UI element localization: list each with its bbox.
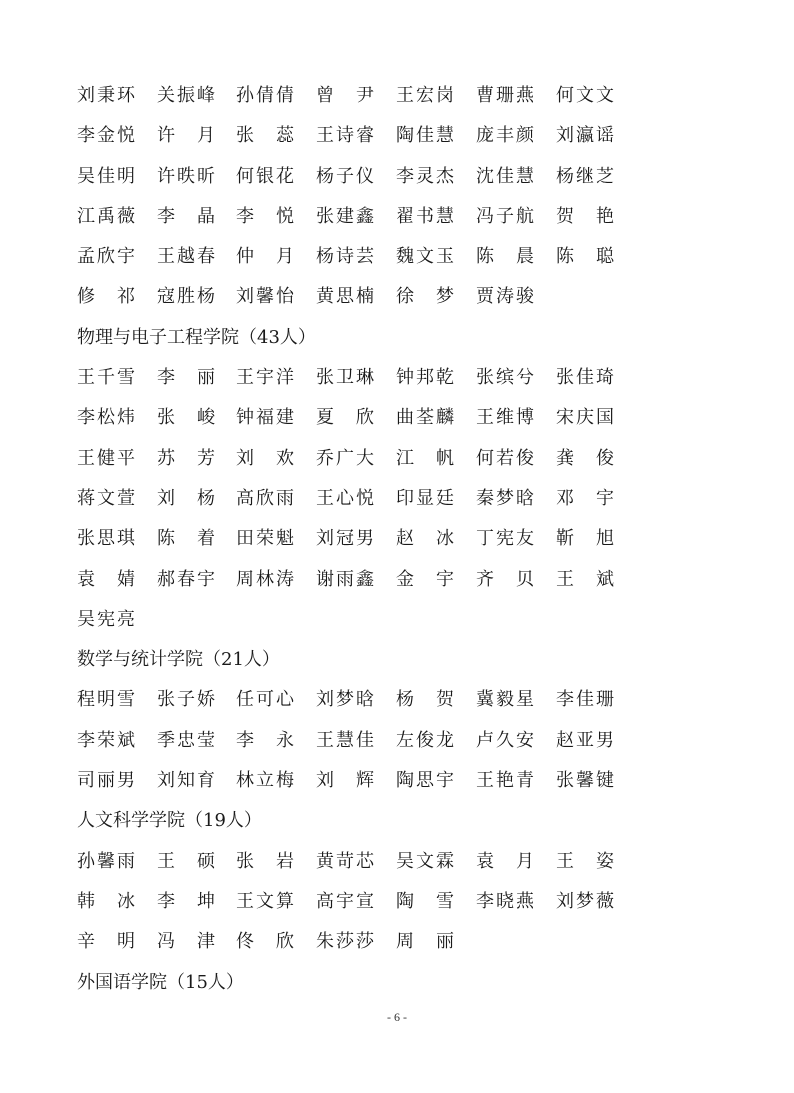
person-name: 刘杨 bbox=[157, 479, 215, 519]
name-row: 辛明冯津佟欣朱莎莎周丽 bbox=[77, 922, 637, 962]
person-name: 印显廷 bbox=[396, 479, 454, 519]
section-heading: 物理与电子工程学院（43人） bbox=[77, 318, 637, 358]
person-name: 任可心 bbox=[236, 680, 294, 720]
person-name: 修祁 bbox=[77, 277, 135, 317]
person-name: 贺艳 bbox=[556, 197, 614, 237]
name-row: 王健平苏芳刘欢乔广大江帆何若俊龚俊 bbox=[77, 439, 637, 479]
person-name: 杨继芝 bbox=[556, 157, 614, 197]
person-name: 赵冰 bbox=[396, 519, 454, 559]
person-name: 李永 bbox=[236, 721, 294, 761]
person-name: 高宇宣 bbox=[316, 882, 374, 922]
person-name: 刘梦薇 bbox=[556, 882, 614, 922]
person-name: 黄苛芯 bbox=[316, 842, 374, 882]
person-name: 卢久安 bbox=[476, 721, 534, 761]
person-name: 王千雪 bbox=[77, 358, 135, 398]
person-name: 刘冠男 bbox=[316, 519, 374, 559]
person-name: 李松炜 bbox=[77, 398, 135, 438]
person-name: 丁宪友 bbox=[476, 519, 534, 559]
person-name: 关振峰 bbox=[157, 76, 215, 116]
name-row: 孟欣宇王越春仲月杨诗芸魏文玉陈晨陈聪 bbox=[77, 237, 637, 277]
person-name: 贾涛骏 bbox=[476, 277, 534, 317]
person-name: 左俊龙 bbox=[396, 721, 454, 761]
person-name: 黄思楠 bbox=[316, 277, 374, 317]
name-list-page: 刘秉环关振峰孙倩倩曾尹王宏岗曹珊燕何文文李金悦许月张蕊王诗睿陶佳慧庞丰颜刘瀛谣吴… bbox=[77, 76, 637, 1003]
person-name: 江禹薇 bbox=[77, 197, 135, 237]
person-name: 周林涛 bbox=[236, 560, 294, 600]
person-name: 李晓燕 bbox=[476, 882, 534, 922]
person-name: 许月 bbox=[157, 116, 215, 156]
person-name: 谢雨鑫 bbox=[316, 560, 374, 600]
person-name: 李丽 bbox=[157, 358, 215, 398]
person-name: 王宏岗 bbox=[396, 76, 454, 116]
person-name: 王宇洋 bbox=[236, 358, 294, 398]
person-name: 王硕 bbox=[157, 842, 215, 882]
person-name: 张岩 bbox=[236, 842, 294, 882]
person-name: 李灵杰 bbox=[396, 157, 454, 197]
person-name: 刘知育 bbox=[157, 761, 215, 801]
person-name: 何若俊 bbox=[476, 439, 534, 479]
person-name: 何银花 bbox=[236, 157, 294, 197]
name-row: 吴宪亮 bbox=[77, 600, 637, 640]
name-row: 李金悦许月张蕊王诗睿陶佳慧庞丰颜刘瀛谣 bbox=[77, 116, 637, 156]
person-name: 曹珊燕 bbox=[476, 76, 534, 116]
person-name: 刘梦晗 bbox=[316, 680, 374, 720]
person-name: 高欣雨 bbox=[236, 479, 294, 519]
person-name: 冀毅星 bbox=[476, 680, 534, 720]
person-name: 陈晨 bbox=[476, 237, 534, 277]
name-row: 吴佳明许昳昕何银花杨子仪李灵杰沈佳慧杨继芝 bbox=[77, 157, 637, 197]
name-row: 孙馨雨王硕张岩黄苛芯吴文霖袁月王姿 bbox=[77, 842, 637, 882]
person-name: 陈着 bbox=[157, 519, 215, 559]
person-name: 邓宇 bbox=[556, 479, 614, 519]
person-name: 王健平 bbox=[77, 439, 135, 479]
person-name: 吴佳明 bbox=[77, 157, 135, 197]
person-name: 程明雪 bbox=[77, 680, 135, 720]
person-name: 李悦 bbox=[236, 197, 294, 237]
person-name: 庞丰颜 bbox=[476, 116, 534, 156]
person-name: 钟邦乾 bbox=[396, 358, 454, 398]
person-name: 王文算 bbox=[236, 882, 294, 922]
person-name: 王诗睿 bbox=[316, 116, 374, 156]
person-name: 李荣斌 bbox=[77, 721, 135, 761]
person-name: 刘秉环 bbox=[77, 76, 135, 116]
person-name: 张馨键 bbox=[556, 761, 614, 801]
person-name: 王慧佳 bbox=[316, 721, 374, 761]
person-name: 李佳珊 bbox=[556, 680, 614, 720]
name-row: 程明雪张子娇任可心刘梦晗杨贺冀毅星李佳珊 bbox=[77, 680, 637, 720]
person-name: 李晶 bbox=[157, 197, 215, 237]
person-name: 蒋文萱 bbox=[77, 479, 135, 519]
name-row: 江禹薇李晶李悦张建鑫翟书慧冯子航贺艳 bbox=[77, 197, 637, 237]
person-name: 司丽男 bbox=[77, 761, 135, 801]
person-name: 沈佳慧 bbox=[476, 157, 534, 197]
person-name: 陶佳慧 bbox=[396, 116, 454, 156]
person-name: 杨子仪 bbox=[316, 157, 374, 197]
person-name: 田荣魁 bbox=[236, 519, 294, 559]
person-name: 张卫琳 bbox=[316, 358, 374, 398]
person-name: 佟欣 bbox=[236, 922, 294, 962]
section-heading: 数学与统计学院（21人） bbox=[77, 640, 637, 680]
person-name: 杨贺 bbox=[396, 680, 454, 720]
person-name: 张子娇 bbox=[157, 680, 215, 720]
person-name: 王维博 bbox=[476, 398, 534, 438]
person-name: 曲荃麟 bbox=[396, 398, 454, 438]
person-name: 魏文玉 bbox=[396, 237, 454, 277]
name-row: 刘秉环关振峰孙倩倩曾尹王宏岗曹珊燕何文文 bbox=[77, 76, 637, 116]
person-name: 刘欢 bbox=[236, 439, 294, 479]
person-name: 宋庆国 bbox=[556, 398, 614, 438]
person-name: 陶雪 bbox=[396, 882, 454, 922]
section-heading: 外国语学院（15人） bbox=[77, 963, 637, 1003]
person-name: 冯津 bbox=[157, 922, 215, 962]
person-name: 寇胜杨 bbox=[157, 277, 215, 317]
person-name: 周丽 bbox=[396, 922, 454, 962]
person-name: 辛明 bbox=[77, 922, 135, 962]
page-number: - 6 - bbox=[0, 1010, 794, 1025]
person-name: 张思琪 bbox=[77, 519, 135, 559]
person-name: 朱莎莎 bbox=[316, 922, 374, 962]
person-name: 乔广大 bbox=[316, 439, 374, 479]
person-name: 王斌 bbox=[556, 560, 614, 600]
person-name: 张峻 bbox=[157, 398, 215, 438]
person-name: 袁月 bbox=[476, 842, 534, 882]
person-name: 王姿 bbox=[556, 842, 614, 882]
person-name: 刘辉 bbox=[316, 761, 374, 801]
person-name: 齐贝 bbox=[476, 560, 534, 600]
section-heading: 人文科学学院（19人） bbox=[77, 801, 637, 841]
name-row: 韩冰李坤王文算高宇宣陶雪李晓燕刘梦薇 bbox=[77, 882, 637, 922]
person-name: 孟欣宇 bbox=[77, 237, 135, 277]
person-name: 金宇 bbox=[396, 560, 454, 600]
person-name: 王越春 bbox=[157, 237, 215, 277]
person-name: 韩冰 bbox=[77, 882, 135, 922]
person-name: 翟书慧 bbox=[396, 197, 454, 237]
person-name: 吴文霖 bbox=[396, 842, 454, 882]
person-name: 张蕊 bbox=[236, 116, 294, 156]
person-name: 张建鑫 bbox=[316, 197, 374, 237]
name-row: 李松炜张峻钟福建夏欣曲荃麟王维博宋庆国 bbox=[77, 398, 637, 438]
name-row: 李荣斌季忠莹李永王慧佳左俊龙卢久安赵亚男 bbox=[77, 721, 637, 761]
person-name: 夏欣 bbox=[316, 398, 374, 438]
person-name: 王心悦 bbox=[316, 479, 374, 519]
person-name: 张佳琦 bbox=[556, 358, 614, 398]
person-name: 杨诗芸 bbox=[316, 237, 374, 277]
person-name: 赵亚男 bbox=[556, 721, 614, 761]
person-name: 季忠莹 bbox=[157, 721, 215, 761]
person-name: 徐梦 bbox=[396, 277, 454, 317]
person-name: 林立梅 bbox=[236, 761, 294, 801]
person-name: 李坤 bbox=[157, 882, 215, 922]
person-name: 郝春宇 bbox=[157, 560, 215, 600]
person-name: 张缤兮 bbox=[476, 358, 534, 398]
person-name: 苏芳 bbox=[157, 439, 215, 479]
person-name: 王艳青 bbox=[476, 761, 534, 801]
person-name: 靳旭 bbox=[556, 519, 614, 559]
person-name: 钟福建 bbox=[236, 398, 294, 438]
person-name: 许昳昕 bbox=[157, 157, 215, 197]
person-name: 陈聪 bbox=[556, 237, 614, 277]
person-name: 何文文 bbox=[556, 76, 614, 116]
person-name: 江帆 bbox=[396, 439, 454, 479]
name-row: 王千雪李丽王宇洋张卫琳钟邦乾张缤兮张佳琦 bbox=[77, 358, 637, 398]
person-name: 龚俊 bbox=[556, 439, 614, 479]
person-name: 冯子航 bbox=[476, 197, 534, 237]
person-name: 陶思宇 bbox=[396, 761, 454, 801]
name-row: 蒋文萱刘杨高欣雨王心悦印显廷秦梦晗邓宇 bbox=[77, 479, 637, 519]
person-name: 袁婧 bbox=[77, 560, 135, 600]
person-name: 刘馨怡 bbox=[236, 277, 294, 317]
person-name: 孙倩倩 bbox=[236, 76, 294, 116]
name-row: 修祁寇胜杨刘馨怡黄思楠徐梦贾涛骏 bbox=[77, 277, 637, 317]
name-row: 袁婧郝春宇周林涛谢雨鑫金宇齐贝王斌 bbox=[77, 560, 637, 600]
name-row: 司丽男刘知育林立梅刘辉陶思宇王艳青张馨键 bbox=[77, 761, 637, 801]
person-name: 仲月 bbox=[236, 237, 294, 277]
person-name: 曾尹 bbox=[316, 76, 374, 116]
person-name: 吴宪亮 bbox=[77, 600, 135, 640]
person-name: 刘瀛谣 bbox=[556, 116, 614, 156]
person-name: 孙馨雨 bbox=[77, 842, 135, 882]
person-name: 秦梦晗 bbox=[476, 479, 534, 519]
name-row: 张思琪陈着田荣魁刘冠男赵冰丁宪友靳旭 bbox=[77, 519, 637, 559]
person-name: 李金悦 bbox=[77, 116, 135, 156]
